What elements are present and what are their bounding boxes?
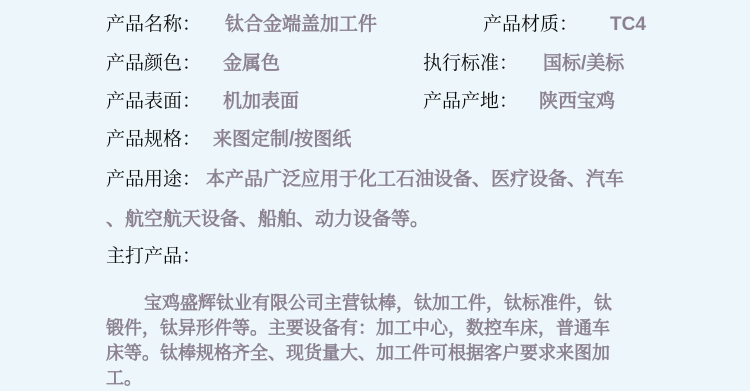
intro-line-1: 宝鸡盛辉钛业有限公司主营钛棒，钛加工件，钛标准件，钛 <box>106 291 666 316</box>
usage-label: 产品用途： <box>106 169 201 190</box>
spec-right-group: 产品材质：TC4 <box>483 14 646 36</box>
spec-row-surface-origin: 产品表面：机加表面 产品产地：陕西宝鸡 <box>106 91 666 113</box>
product-color-value: 金属色 <box>223 53 280 74</box>
spec-row-spec: 产品规格：来图定制/按图纸 <box>106 129 666 151</box>
product-spec-section: 产品名称：钛合金端盖加工件 产品材质：TC4 产品颜色：金属色 执行标准：国标/… <box>0 0 666 391</box>
spec-right-group: 执行标准：国标/美标 <box>423 53 624 75</box>
usage-value-line2: 、航空航天设备、船舶、动力设备等。 <box>106 209 429 230</box>
product-color-label: 产品颜色： <box>106 53 201 74</box>
product-name-label: 产品名称： <box>106 14 201 35</box>
spec-label: 产品规格： <box>106 129 201 150</box>
product-material-label: 产品材质： <box>483 14 578 35</box>
company-intro: 宝鸡盛辉钛业有限公司主营钛棒，钛加工件，钛标准件，钛 锻件，钛异形件等。主要设备… <box>106 291 666 391</box>
product-material-value: TC4 <box>610 14 646 35</box>
standard-label: 执行标准： <box>423 53 518 74</box>
spec-right-group: 产品产地：陕西宝鸡 <box>423 91 615 113</box>
spec-row-usage-wrap: 、航空航天设备、船舶、动力设备等。 <box>106 209 666 231</box>
standard-value: 国标/美标 <box>543 53 624 74</box>
surface-value: 机加表面 <box>223 91 299 112</box>
spec-row-usage: 产品用途：本产品广泛应用于化工石油设备、医疗设备、汽车 <box>106 169 666 191</box>
product-detail-page: 产品名称：钛合金端盖加工件 产品材质：TC4 产品颜色：金属色 执行标准：国标/… <box>0 0 750 391</box>
product-name-value: 钛合金端盖加工件 <box>225 14 377 35</box>
intro-line-4: 工。 <box>106 366 666 391</box>
origin-label: 产品产地： <box>423 91 518 112</box>
intro-line-3: 床等。钛棒规格齐全、现货量大、加工件可根据客户要求来图加 <box>106 341 666 366</box>
surface-label: 产品表面： <box>106 91 201 112</box>
spec-row-name-material: 产品名称：钛合金端盖加工件 产品材质：TC4 <box>106 14 666 36</box>
origin-value: 陕西宝鸡 <box>539 91 615 112</box>
main-products-heading: 主打产品： <box>106 246 201 267</box>
intro-line-2: 锻件，钛异形件等。主要设备有：加工中心，数控车床，普通车 <box>106 316 666 341</box>
spec-row-color-standard: 产品颜色：金属色 执行标准：国标/美标 <box>106 53 666 75</box>
spec-value: 来图定制/按图纸 <box>213 129 351 150</box>
main-products-heading-row: 主打产品： <box>106 246 666 268</box>
usage-value-line1: 本产品广泛应用于化工石油设备、医疗设备、汽车 <box>206 169 624 190</box>
